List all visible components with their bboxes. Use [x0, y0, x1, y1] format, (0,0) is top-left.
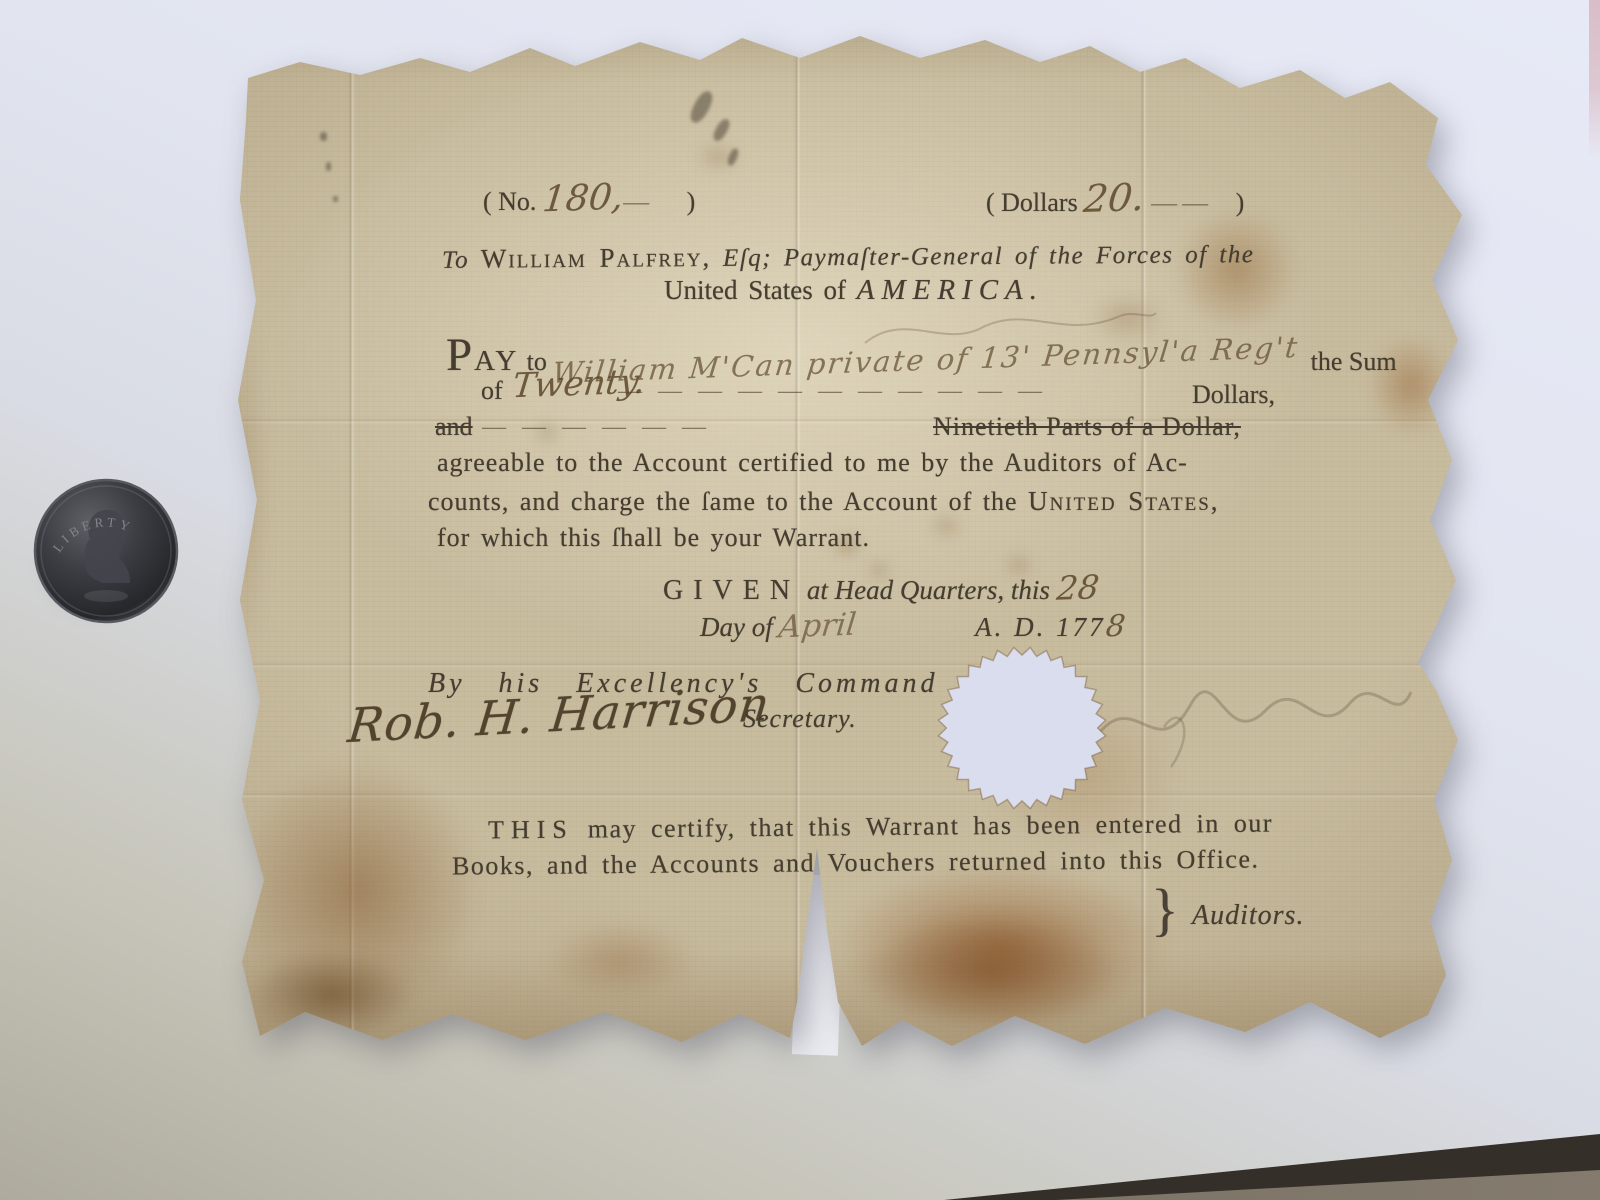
number-value-handwritten: 180, — [541, 177, 626, 221]
struck-dash-fill: — — — — — — — [482, 414, 711, 441]
given-day-handwritten: 28 — [1054, 567, 1100, 607]
heading-line-1: To William Palfrey, Eſq; Paymaſter-Gener… — [442, 238, 1255, 275]
warrant-number: ( No. 180,— ) — [483, 178, 695, 219]
secretary-title: Secretary. — [743, 704, 857, 734]
ink-speck — [326, 162, 331, 171]
heading-line2-left: United States of — [664, 275, 846, 305]
dollars-value-handwritten: 20. — [1082, 175, 1147, 221]
body-line-3: for which this ſhall be your Warrant. — [437, 523, 870, 553]
warrant-document-wrap: ( No. 180,— ) ( Dollars 20. —— ) To Will… — [226, 20, 1470, 1052]
stain — [526, 910, 716, 1010]
punch-hole — [934, 643, 1110, 813]
stain — [206, 270, 276, 700]
body-line-1: agreeable to the Account certified to me… — [437, 448, 1188, 478]
countersignature-faint — [1076, 632, 1421, 787]
quarter-coin-graphic: LIBERTY — [33, 478, 179, 624]
struck-ninetieth: Ninetieth Parts of a Dollar, — [933, 412, 1241, 442]
pay-word: AY — [474, 345, 519, 377]
warrant-document: ( No. 180,— ) ( Dollars 20. —— ) To Will… — [226, 20, 1470, 1052]
united-states-smallcaps: United States, — [1028, 486, 1219, 516]
day-of: Day of — [700, 612, 773, 642]
pay-dropcap: P — [446, 329, 474, 381]
amount-of: of — [481, 376, 503, 406]
stain — [226, 940, 436, 1050]
given-word: GIVEN — [663, 575, 800, 606]
number-dash: — — [623, 187, 654, 216]
body-line-2a: counts, and charge the ſame to the Accou… — [428, 487, 1018, 516]
ink-speck — [320, 132, 327, 141]
dollars-dash: —— — [1151, 188, 1213, 217]
quarter-coin: LIBERTY — [33, 478, 179, 624]
given-line: GIVEN at Head Quarters, this 28 — [663, 568, 1099, 607]
heading-rest: Eſq; Paymaſter-General of the Forces of … — [723, 241, 1255, 272]
photo-scene: { "scene": { "coin": { "legend": "LIBERT… — [0, 0, 1600, 1200]
month-handwritten: April — [777, 607, 858, 646]
dollars-open: ( Dollars — [986, 188, 1078, 217]
dollars-close: ) — [1236, 188, 1245, 217]
coin-date-blur — [84, 590, 128, 602]
secretary-signature: Rob. H. Harrison — [345, 677, 772, 754]
certify-this: THIS — [488, 815, 574, 845]
amount-dollars-word: Dollars, — [1192, 380, 1275, 410]
body-line-2: counts, and charge the ſame to the Accou… — [428, 486, 1220, 517]
faint-scribble — [860, 298, 1160, 360]
given-rest: at Head Quarters, this — [807, 575, 1050, 605]
number-close: ) — [687, 187, 696, 216]
number-open: ( No. — [483, 187, 536, 216]
ink-speck — [333, 196, 338, 202]
fold-crease — [226, 418, 1470, 424]
auditors-brace: } — [1151, 876, 1179, 943]
struck-and: and — [435, 412, 473, 442]
ink-smudge — [687, 88, 716, 125]
stain — [826, 898, 1156, 1048]
dollars-amount: ( Dollars 20. —— ) — [986, 176, 1244, 220]
certify-line-1-rest: may certify, that this Warrant has been … — [588, 809, 1273, 844]
the-sum: the Sum — [1311, 347, 1397, 376]
stain — [690, 140, 746, 174]
date-line: Day of April A. D. 1778 — [700, 608, 1125, 644]
payee-general-name: William Palfrey, — [481, 242, 712, 274]
auditors-label: Auditors. — [1192, 900, 1304, 932]
heading-to: To — [442, 247, 469, 274]
background-accent-strip — [1589, 0, 1600, 160]
amount-dash-fill: — — — — — — — — — — — — [618, 378, 1047, 405]
